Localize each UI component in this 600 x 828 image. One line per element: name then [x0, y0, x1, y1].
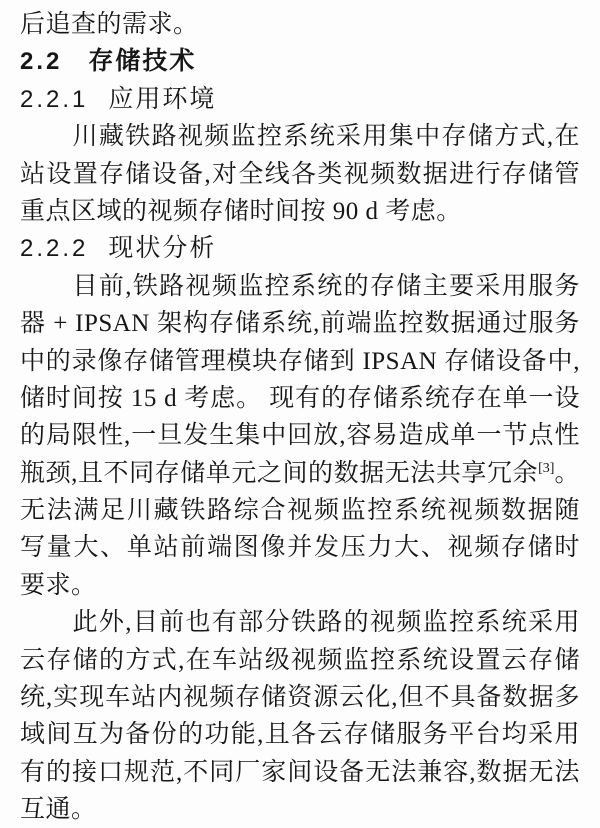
body-line: 储时间按 15 d 考虑。 现有的存储系统存在单一设备	[20, 380, 580, 417]
subsection-heading-2-2-2: 2.2.2现状分析	[20, 230, 580, 267]
subsection-number: 2.2.2	[20, 235, 88, 262]
paragraph-application-environment: 川藏铁路视频监控系统采用集中存储方式,在车 站设置存储设备,对全线各类视频数据进…	[20, 118, 580, 230]
subsection-number: 2.2.1	[20, 86, 88, 113]
body-line: 川藏铁路视频监控系统采用集中存储方式,在车	[20, 118, 580, 155]
body-line: 有的接口规范,不同厂家间设备无法兼容,数据无法	[20, 754, 580, 791]
body-line: 云存储的方式,在车站级视频监控系统设置云存储系	[20, 642, 580, 679]
body-line: 统,实现车站内视频存储资源云化,但不具备数据多云	[20, 679, 580, 716]
body-line-text: 。	[554, 460, 580, 487]
body-line: 器 + IPSAN 架构存储系统,前端监控数据通过服务器	[20, 305, 580, 342]
section-number: 2.2	[20, 48, 62, 75]
body-line: 的局限性,一旦发生集中回放,容易造成单一节点性能	[20, 417, 580, 454]
trailing-paragraph-line: 后追查的需求。	[20, 6, 580, 43]
body-line: 站设置存储设备,对全线各类视频数据进行存储管理,	[20, 156, 580, 193]
body-line: 域间互为备份的功能,且各云存储服务平台均采用私	[20, 716, 580, 753]
body-line: 互通。	[20, 791, 580, 828]
reference-marker-3: [3]	[538, 461, 554, 476]
body-line-text: 瓶颈,且不同存储单元之间的数据无法共享冗余	[20, 460, 538, 487]
scanned-paper-page: 后追查的需求。 2.2存储技术 2.2.1应用环境 川藏铁路视频监控系统采用集中…	[0, 0, 600, 828]
section-title: 存储技术	[88, 47, 196, 75]
section-heading-2-2: 2.2存储技术	[20, 43, 580, 80]
subsection-title: 应用环境	[108, 86, 216, 113]
body-line-with-reference: 瓶颈,且不同存储单元之间的数据无法共享冗余[3]。	[20, 455, 580, 492]
paragraph-cloud-storage: 此外,目前也有部分铁路的视频监控系统采用了 云存储的方式,在车站级视频监控系统设…	[20, 604, 580, 828]
body-line: 重点区域的视频存储时间按 90 d 考虑。	[20, 193, 580, 230]
body-line: 无法满足川藏铁路综合视频监控系统视频数据随机读	[20, 492, 580, 529]
body-line: 要求。	[20, 567, 580, 604]
subsection-heading-2-2-1: 2.2.1应用环境	[20, 81, 580, 118]
body-line: 中的录像存储管理模块存储到 IPSAN 存储设备中,存	[20, 343, 580, 380]
paragraph-status-analysis: 目前,铁路视频监控系统的存储主要采用服务 器 + IPSAN 架构存储系统,前端…	[20, 268, 580, 605]
body-line: 写量大、单站前端图像并发压力大、视频存储时间长的	[20, 529, 580, 566]
subsection-title: 现状分析	[108, 235, 216, 262]
body-line: 此外,目前也有部分铁路的视频监控系统采用了	[20, 604, 580, 641]
body-line: 目前,铁路视频监控系统的存储主要采用服务	[20, 268, 580, 305]
